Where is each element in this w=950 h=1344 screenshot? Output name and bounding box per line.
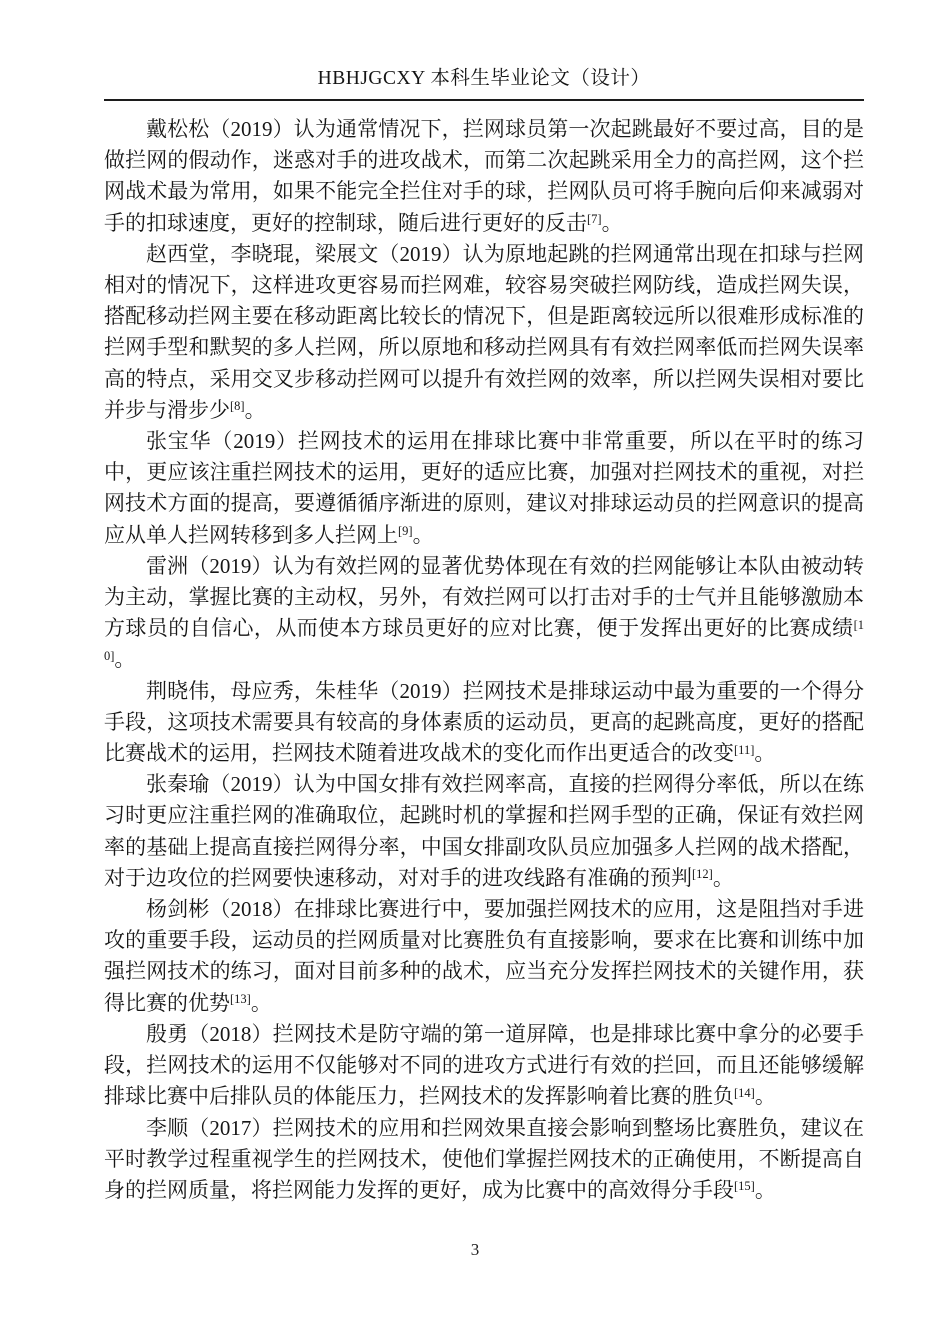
citation-ref: [14] [734, 1086, 755, 1100]
header-rule [104, 99, 864, 101]
paragraph-text: 张宝华（2019）拦网技术的运用在排球比赛中非常重要，所以在平时的练习中，更应该… [104, 429, 864, 547]
running-head-title: HBHJGCXY 本科生毕业论文（设计） [104, 66, 864, 92]
page-content: HBHJGCXY 本科生毕业论文（设计） 戴松松（2019）认为通常情况下，拦网… [104, 66, 864, 1206]
citation-ref: [9] [398, 524, 413, 538]
citation-ref: [12] [692, 867, 713, 881]
paragraph-end: 。 [755, 1178, 776, 1202]
paragraph-end: 。 [114, 647, 135, 671]
paragraph-end: 。 [245, 398, 266, 422]
paragraph: 雷洲（2019）认为有效拦网的显著优势体现在有效的拦网能够让本队由被动转为主动，… [104, 551, 864, 676]
paragraph-text: 张秦瑜（2019）认为中国女排有效拦网率高，直接的拦网得分率低，所以在练习时更应… [104, 772, 864, 890]
paragraph: 张宝华（2019）拦网技术的运用在排球比赛中非常重要，所以在平时的练习中，更应该… [104, 426, 864, 551]
citation-ref: [7] [587, 212, 602, 226]
citation-ref: [13] [230, 992, 251, 1006]
paragraph-end: 。 [251, 991, 272, 1015]
paragraph-end: 。 [602, 211, 623, 235]
paragraph: 杨剑彬（2018）在排球比赛进行中，要加强拦网技术的应用，这是阻挡对手进攻的重要… [104, 894, 864, 1019]
citation-ref: [8] [230, 399, 245, 413]
document-body: 戴松松（2019）认为通常情况下，拦网球员第一次起跳最好不要过高，目的是做拦网的… [104, 114, 864, 1206]
citation-ref: [15] [734, 1179, 755, 1193]
paragraph-text: 戴松松（2019）认为通常情况下，拦网球员第一次起跳最好不要过高，目的是做拦网的… [104, 117, 864, 235]
paragraph: 殷勇（2018）拦网技术是防守端的第一道屏障，也是排球比赛中拿分的必要手段，拦网… [104, 1019, 864, 1113]
page-number: 3 [471, 1240, 480, 1259]
page-footer: 3 [0, 1240, 950, 1260]
paragraph-text: 雷洲（2019）认为有效拦网的显著优势体现在有效的拦网能够让本队由被动转为主动，… [104, 554, 864, 640]
paragraph-end: 。 [713, 866, 734, 890]
paragraph-text: 杨剑彬（2018）在排球比赛进行中，要加强拦网技术的应用，这是阻挡对手进攻的重要… [104, 897, 864, 1015]
citation-ref: [11] [734, 743, 754, 757]
document-page: HBHJGCXY 本科生毕业论文（设计） 戴松松（2019）认为通常情况下，拦网… [0, 0, 950, 1344]
paragraph-end: 。 [413, 523, 434, 547]
paragraph-end: 。 [755, 1084, 776, 1108]
paragraph: 张秦瑜（2019）认为中国女排有效拦网率高，直接的拦网得分率低，所以在练习时更应… [104, 769, 864, 894]
paragraph-text: 赵西堂，李晓琨，梁展文（2019）认为原地起跳的拦网通常出现在扣球与拦网相对的情… [104, 242, 864, 422]
paragraph: 赵西堂，李晓琨，梁展文（2019）认为原地起跳的拦网通常出现在扣球与拦网相对的情… [104, 239, 864, 426]
paragraph: 李顺（2017）拦网技术的应用和拦网效果直接会影响到整场比赛胜负，建议在平时教学… [104, 1113, 864, 1207]
paragraph: 戴松松（2019）认为通常情况下，拦网球员第一次起跳最好不要过高，目的是做拦网的… [104, 114, 864, 239]
paragraph: 荆晓伟，母应秀，朱桂华（2019）拦网技术是排球运动中最为重要的一个得分手段，这… [104, 676, 864, 770]
paragraph-end: 。 [754, 741, 775, 765]
page-header: HBHJGCXY 本科生毕业论文（设计） [104, 66, 864, 101]
